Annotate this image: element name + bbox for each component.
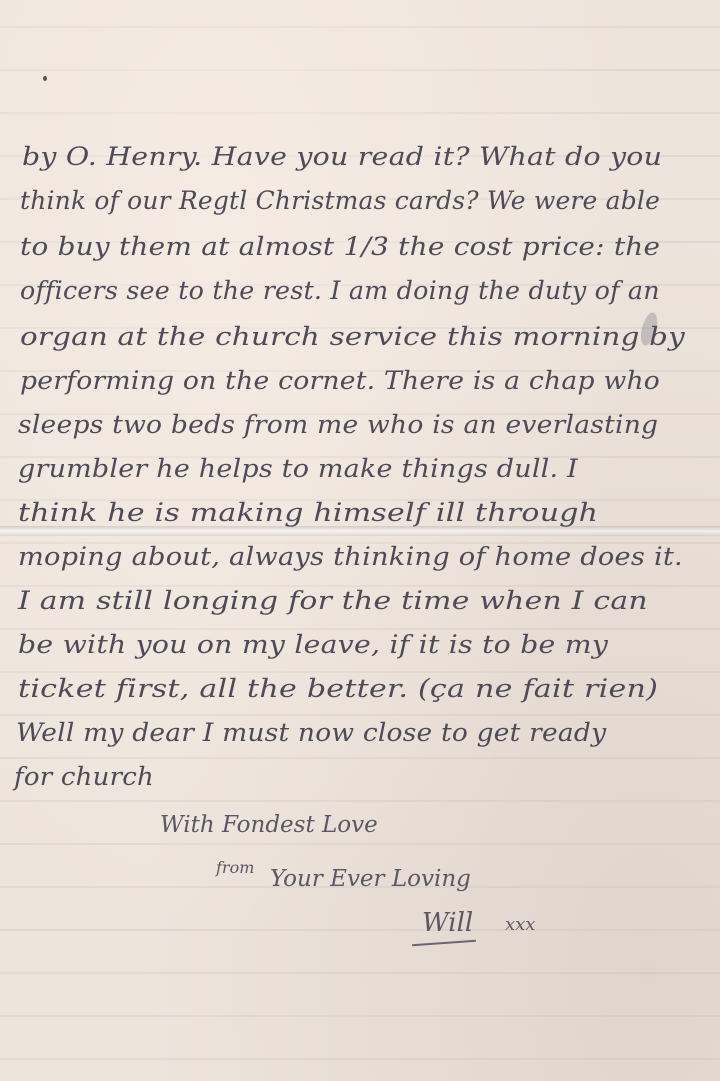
closing-from: from bbox=[216, 858, 254, 877]
signature-kisses: xxx bbox=[505, 914, 535, 935]
letter-line-1: by O. Henry. Have you read it? What do y… bbox=[22, 142, 662, 171]
letter-line-2: think of our Regtl Christmas cards? We w… bbox=[20, 186, 660, 215]
letter-line-6: performing on the cornet. There is a cha… bbox=[20, 366, 660, 395]
letter-line-7: sleeps two beds from me who is an everla… bbox=[18, 410, 658, 439]
letter-line-11: I am still longing for the time when I c… bbox=[18, 586, 648, 615]
letter-line-3: to buy them at almost 1/3 the cost price… bbox=[20, 232, 660, 261]
signature: Will bbox=[422, 908, 473, 938]
letter-line-12: be with you on my leave, if it is to be … bbox=[18, 630, 608, 659]
letter-line-4: officers see to the rest. I am doing the… bbox=[20, 276, 660, 305]
letter-line-5: organ at the church service this morning… bbox=[20, 322, 685, 351]
letter-line-14: Well my dear I must now close to get rea… bbox=[16, 718, 606, 747]
closing-your-ever-loving: Your Ever Loving bbox=[270, 866, 471, 892]
ink-dot bbox=[43, 76, 47, 81]
letter-line-13: ticket first, all the better. (ça ne fai… bbox=[18, 674, 658, 703]
letter-line-10: moping about, always thinking of home do… bbox=[18, 542, 683, 571]
letter-line-9: think he is making himself ill through bbox=[18, 498, 598, 527]
letter-line-8: grumbler he helps to make things dull. I bbox=[18, 454, 578, 483]
letter-line-15: for church bbox=[14, 762, 154, 791]
fold-crease bbox=[0, 526, 720, 536]
closing-salutation: With Fondest Love bbox=[160, 812, 378, 838]
